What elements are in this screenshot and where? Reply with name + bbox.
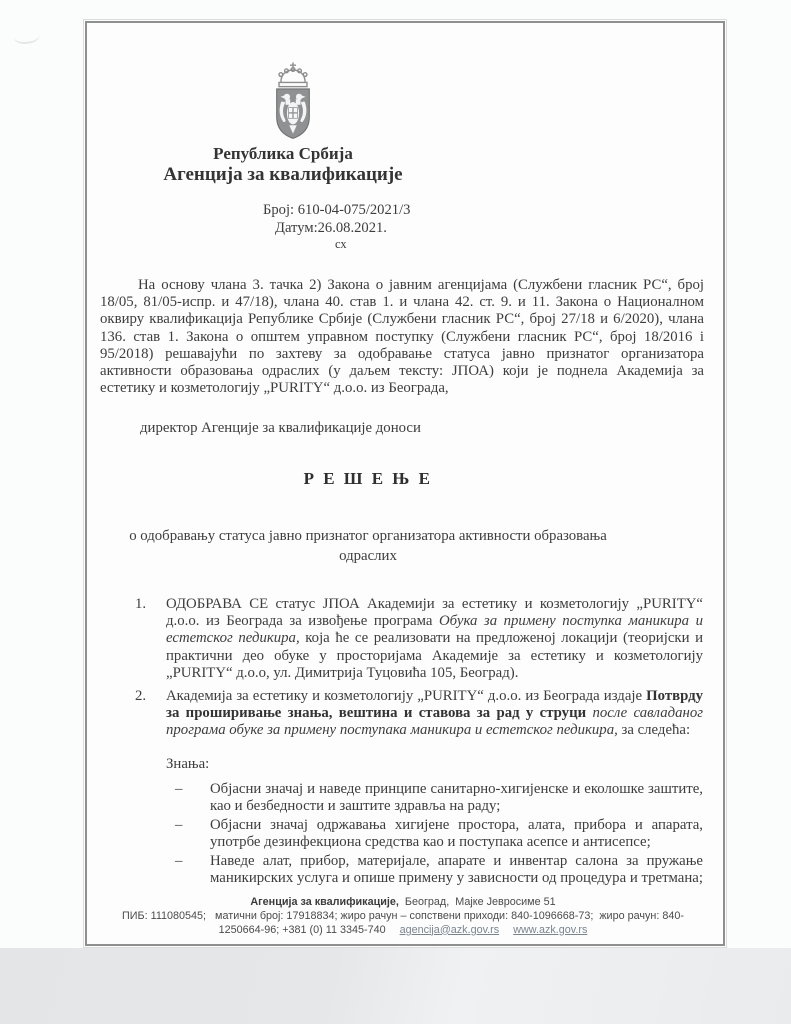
scanned-page: Република Србија Агенција за квалификаци… — [85, 21, 725, 946]
agency-name: Агенција за квалификације — [113, 164, 453, 186]
footer-website-link[interactable]: www.azk.gov.rs — [513, 924, 587, 936]
footer-email-link[interactable]: agencija@azk.gov.rs — [400, 924, 500, 936]
footer-address-line: Агенција за квалификације, Београд, Мајк… — [93, 896, 713, 910]
footer-phone: 1250664-96; +381 (0) 11 3345-740 — [219, 924, 386, 936]
document-number: Број: 610-04-075/2021/3 — [263, 202, 410, 219]
item-number: 2. — [135, 688, 146, 705]
knowledge-bullet: –Објасни значај и наведе принципе санита… — [175, 781, 703, 814]
item-text: Академија за естетику и козметологију „P… — [166, 688, 703, 738]
bullet-text: Наведе алат, прибор, материјале, апарате… — [210, 853, 703, 886]
reference-mark: сх — [335, 237, 347, 252]
serbia-coat-of-arms-icon — [256, 61, 330, 143]
knowledge-bullet: –Објасни значај одржавања хигијене прост… — [175, 817, 703, 850]
decision-items: 1. ОДОБРАВА СЕ статус ЈПОА Академији за … — [135, 596, 703, 746]
document-date: Датум:26.08.2021. — [275, 220, 387, 237]
footer-contact-line: 1250664-96; +381 (0) 11 3345-740agencija… — [93, 924, 713, 938]
footer-org-name: Агенција за квалификације, — [250, 896, 399, 908]
decision-subtitle: о одобравању статуса јавно признатог орг… — [100, 527, 636, 566]
decree-maker-line: директор Агенције за квалификације донос… — [140, 420, 421, 437]
knowledge-list: –Објасни значај и наведе принципе санита… — [175, 781, 703, 890]
footer-accounts-line: ПИБ: 111080545; матични број: 17918834; … — [93, 910, 713, 924]
knowledge-heading: Знања: — [166, 756, 209, 773]
footer-address: Београд, Мајке Јевросиме 51 — [399, 896, 556, 908]
bullet-text: Објасни значај одржавања хигијене просто… — [210, 817, 703, 850]
knowledge-bullet: –Наведе алат, прибор, материјале, апарат… — [175, 853, 703, 886]
bullet-dash: – — [175, 781, 182, 798]
republic-name: Република Србија — [113, 144, 453, 164]
decision-item-1: 1. ОДОБРАВА СЕ статус ЈПОА Академији за … — [135, 596, 703, 682]
page-footer: Агенција за квалификације, Београд, Мајк… — [93, 896, 713, 937]
scanner-background — [0, 948, 791, 1024]
decision-item-2: 2. Академија за естетику и козметологију… — [135, 688, 703, 740]
legal-basis-paragraph: На основу члана 3. тачка 2) Закона о јав… — [100, 277, 704, 397]
item-number: 1. — [135, 596, 146, 613]
bullet-text: Објасни значај и наведе принципе санитар… — [210, 781, 703, 814]
decision-title: Р Е Ш Е Њ Е — [100, 469, 636, 489]
item-text: ОДОБРАВА СЕ статус ЈПОА Академији за ест… — [166, 596, 703, 681]
scan-artifact — [14, 28, 40, 44]
bullet-dash: – — [175, 817, 182, 834]
bullet-dash: – — [175, 853, 182, 870]
